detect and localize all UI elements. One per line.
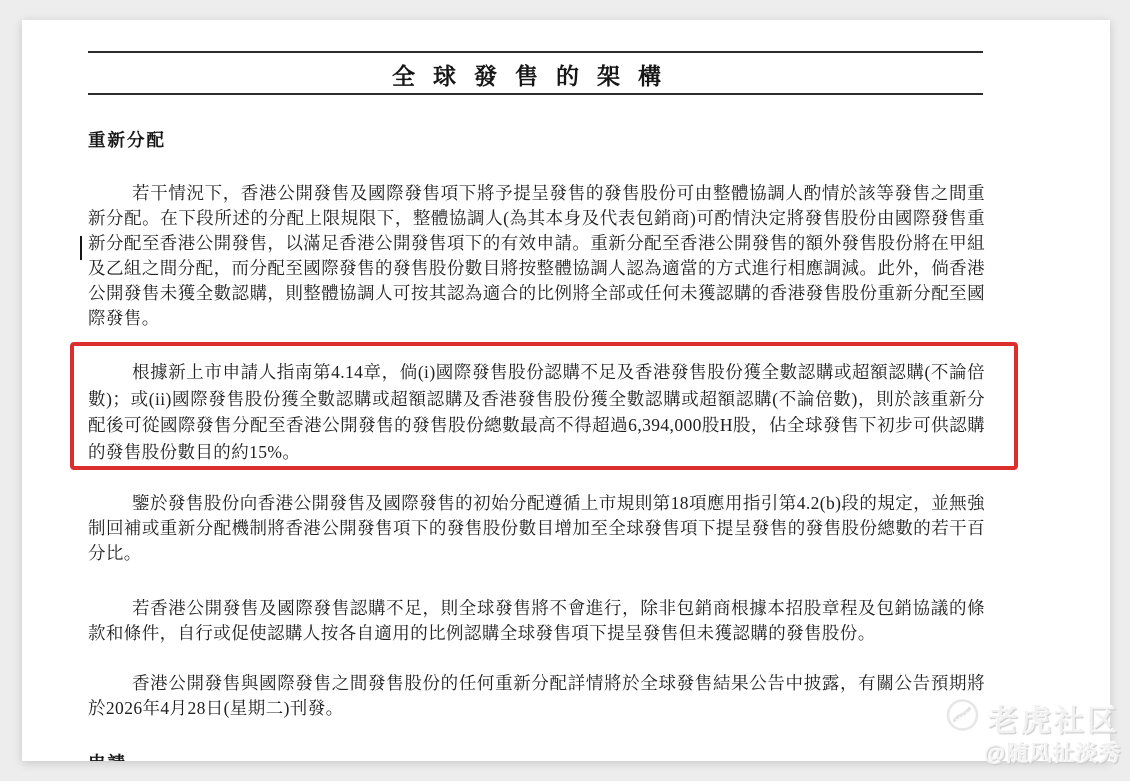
title-rule-top bbox=[88, 51, 983, 53]
paragraph-initial-allocation: 鑒於發售股份向香港公開發售及國際發售的初始分配遵循上市規則第18項應用指引第4.… bbox=[88, 491, 985, 566]
section-heading-application-cutoff: 申請 bbox=[88, 750, 127, 761]
section-heading-reallocation: 重新分配 bbox=[88, 127, 166, 152]
text-cursor-artifact bbox=[80, 236, 82, 260]
title-rule-bottom bbox=[88, 93, 983, 95]
paragraph-undersubscription: 若香港公開發售及國際發售認購不足，則全球發售將不會進行，除非包銷商根據本招股章程… bbox=[88, 596, 985, 646]
paragraph-highlighted-cap-rule: 根據新上市申請人指南第4.14章，倘(i)國際發售股份認購不足及香港發售股份獲全… bbox=[88, 359, 985, 465]
paragraph-reallocation-mechanism: 若干情況下，香港公開發售及國際發售項下將予提呈發售的發售股份可由整體協調人酌情於… bbox=[88, 181, 985, 331]
paragraph-results-announcement: 香港公開發售與國際發售之間發售股份的任何重新分配詳情將於全球發售結果公告中披露，… bbox=[88, 671, 985, 721]
page-title: 全球發售的架構 bbox=[88, 58, 983, 91]
prospectus-page: 全球發售的架構 重新分配 若干情況下，香港公開發售及國際發售項下將予提呈發售的發… bbox=[22, 20, 1110, 761]
